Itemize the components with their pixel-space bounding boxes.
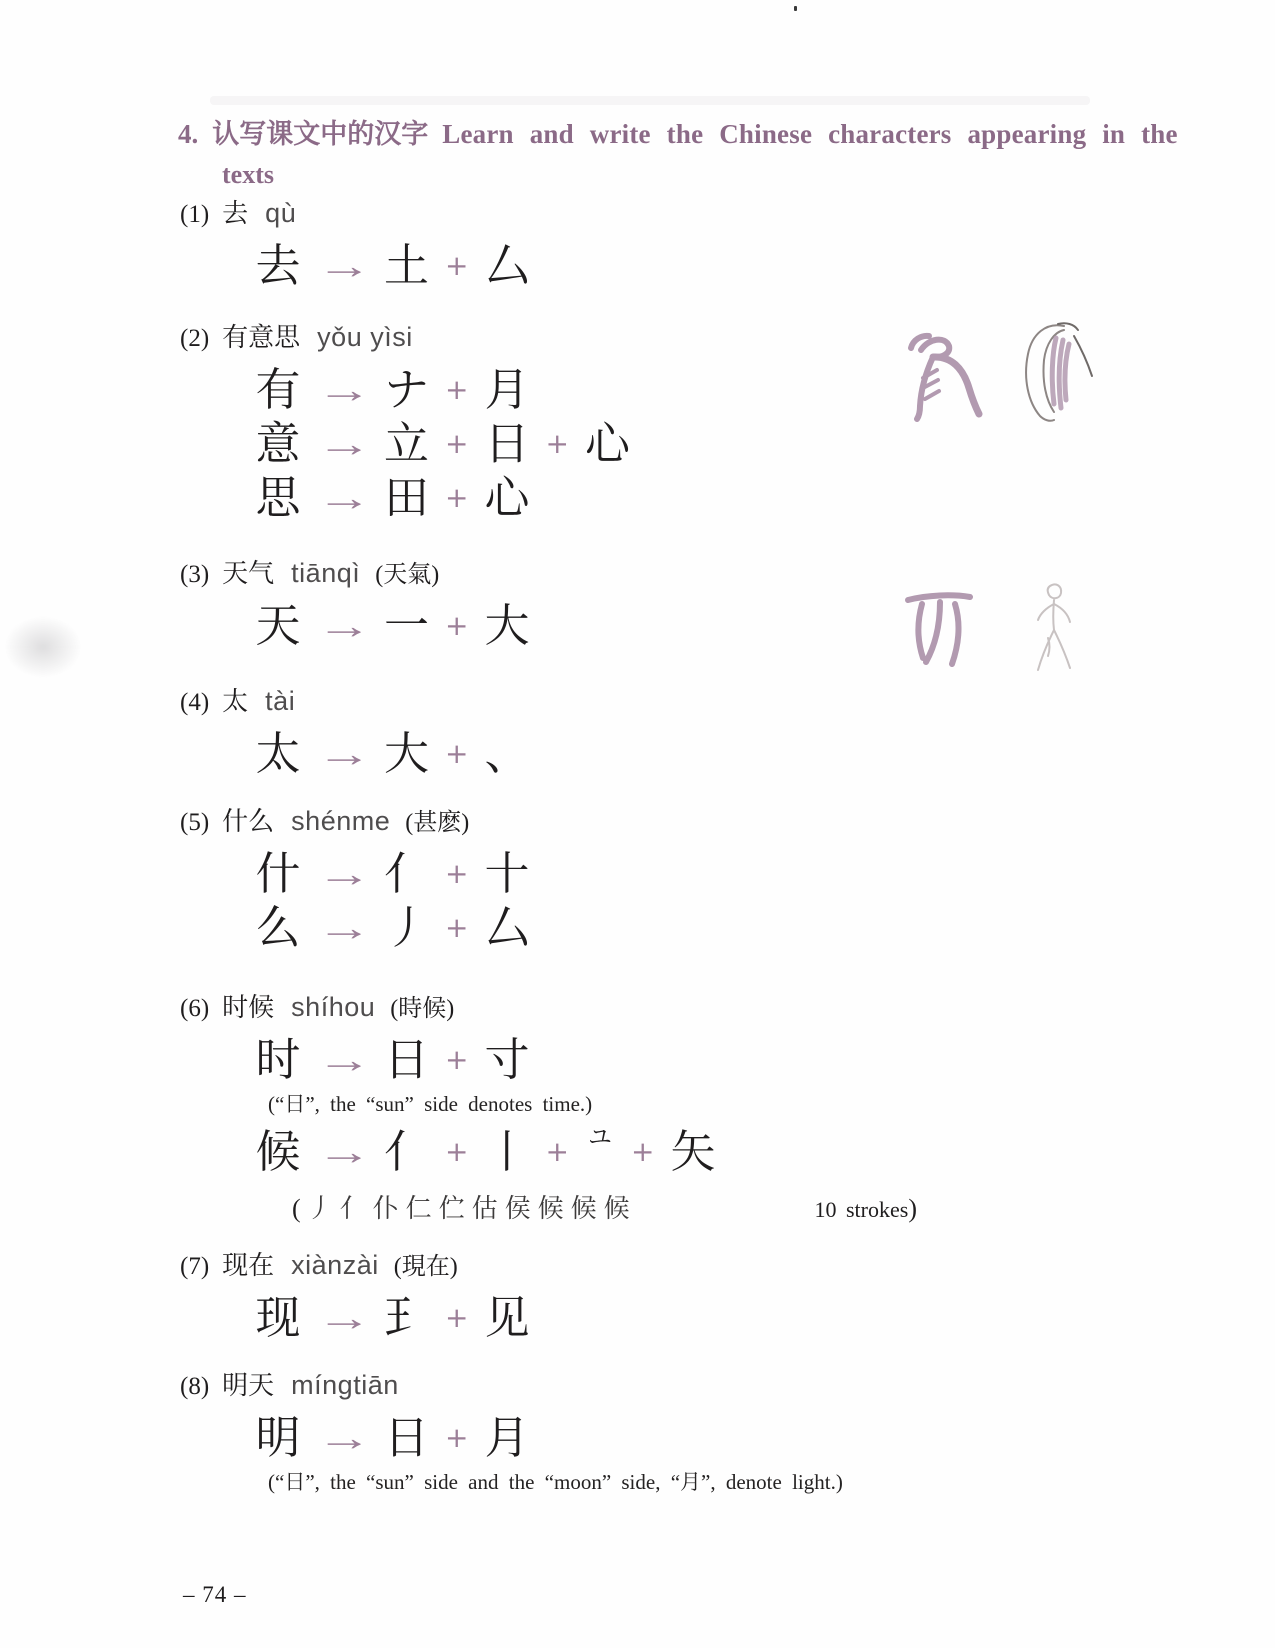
decomposed-character: 有 xyxy=(252,364,304,416)
decomposition-row: 候→亻+丨+ユ+矢 xyxy=(252,1126,960,1178)
arrow-icon: → xyxy=(316,472,372,524)
item-word: 有意思 xyxy=(222,321,300,355)
decomposition-row: 现→𤣩+见 xyxy=(252,1292,960,1344)
section-title-en: Learn and write the Chinese characters a… xyxy=(442,119,1177,150)
component-character: 𤣩 xyxy=(384,1292,429,1344)
plus-icon: + xyxy=(445,1412,468,1464)
component-character: 矢 xyxy=(670,1126,715,1178)
item-header: (4)太tài xyxy=(180,684,960,720)
item-number: (7) xyxy=(180,1250,209,1284)
component-character: ユ xyxy=(585,1112,615,1164)
decomposition-row: 天→一+大 xyxy=(252,600,960,652)
plus-icon: + xyxy=(445,600,468,652)
stroke-order-line: (丿亻仆仁伫估侯候候候10 strokes) xyxy=(292,1188,917,1225)
decomposition-row: 么→丿+厶 xyxy=(252,902,960,954)
decomposition-row: 去→土+厶 xyxy=(252,240,960,292)
arrow-icon: → xyxy=(316,1126,372,1178)
item-traditional: (時候) xyxy=(390,992,454,1026)
decomposed-character: 现 xyxy=(252,1292,304,1344)
decomposed-character: 思 xyxy=(252,472,304,524)
plus-icon: + xyxy=(445,902,468,954)
stroke-count: 10 strokes xyxy=(815,1197,909,1223)
plus-icon: + xyxy=(445,1126,468,1178)
vocab-item-6: (6)时候shíhou(時候)时→日+寸(“日”, the “sun” side… xyxy=(180,990,960,1225)
component-character: 心 xyxy=(484,472,529,524)
component-character: 月 xyxy=(484,1412,529,1464)
arrow-icon: → xyxy=(316,728,372,780)
item-number: (6) xyxy=(180,992,209,1026)
decomposition-row: 什→亻+十 xyxy=(252,848,960,900)
open-paren: ( xyxy=(292,1194,301,1224)
item-word: 什么 xyxy=(222,805,274,839)
component-character: 田 xyxy=(384,472,429,524)
item-number: (2) xyxy=(180,322,209,356)
decomposition-row: 意→立+日+心 xyxy=(252,418,960,470)
component-character: 厶 xyxy=(484,902,529,954)
arrow-icon: → xyxy=(316,364,372,416)
arrow-icon: → xyxy=(316,902,372,954)
decomposition-row: 太→大+、 xyxy=(252,728,960,780)
plus-icon: + xyxy=(546,1126,569,1178)
section-number: 4. xyxy=(178,119,198,150)
section-title-en-cont: texts xyxy=(222,160,274,190)
item-number: (1) xyxy=(180,198,209,232)
plus-icon: + xyxy=(546,418,569,470)
component-character: 寸 xyxy=(484,1034,529,1086)
ancient-sketch-person-icon xyxy=(1026,578,1084,683)
item-word: 现在 xyxy=(222,1249,274,1283)
item-header: (6)时候shíhou(時候) xyxy=(180,990,960,1026)
decomposed-character: 候 xyxy=(252,1126,304,1178)
decomposition-row: 时→日+寸 xyxy=(252,1034,960,1086)
vocab-item-4: (4)太tài太→大+、 xyxy=(180,684,960,780)
item-word: 明天 xyxy=(222,1369,274,1403)
item-word: 去 xyxy=(222,197,248,231)
item-pinyin: tài xyxy=(265,684,295,718)
vocab-item-7: (7)现在xiànzài(現在)现→𤣩+见 xyxy=(180,1248,960,1344)
item-number: (4) xyxy=(180,686,209,720)
plus-icon: + xyxy=(445,472,468,524)
component-character: 见 xyxy=(484,1292,529,1344)
item-pinyin: tiānqì xyxy=(291,556,360,590)
scan-streak xyxy=(210,96,1090,105)
item-word: 天气 xyxy=(222,557,274,591)
plus-icon: + xyxy=(445,364,468,416)
vocab-item-8: (8)明天míngtiān明→日+月(“日”, the “sun” side a… xyxy=(180,1368,960,1496)
arrow-icon: → xyxy=(316,240,372,292)
decomposed-character: 么 xyxy=(252,902,304,954)
item-header: (2)有意思yǒu yìsi xyxy=(180,320,960,356)
close-paren: ) xyxy=(908,1194,917,1224)
section-title-zh: 认写课文中的汉字 xyxy=(212,112,428,151)
decomposed-character: 太 xyxy=(252,728,304,780)
component-character: 立 xyxy=(384,418,429,470)
plus-icon: + xyxy=(445,418,468,470)
component-note: (“日”, the “sun” side and the “moon” side… xyxy=(268,1468,960,1496)
component-character: 、 xyxy=(484,728,529,780)
plus-icon: + xyxy=(445,240,468,292)
decomposed-character: 时 xyxy=(252,1034,304,1086)
decomposed-character: 什 xyxy=(252,848,304,900)
decomposed-character: 去 xyxy=(252,240,304,292)
item-header: (1)去qù xyxy=(180,196,960,232)
vocab-item-5: (5)什么shénme(甚麽)什→亻+十么→丿+厶 xyxy=(180,804,960,954)
vocab-item-2: (2)有意思yǒu yìsi有→ナ+月意→立+日+心思→田+心 xyxy=(180,320,960,524)
plus-icon: + xyxy=(445,728,468,780)
arrow-icon: → xyxy=(316,1292,372,1344)
item-pinyin: míngtiān xyxy=(291,1368,399,1402)
component-character: 一 xyxy=(384,600,429,652)
item-word: 太 xyxy=(222,685,248,719)
item-word: 时候 xyxy=(222,991,274,1025)
arrow-icon: → xyxy=(316,848,372,900)
item-number: (8) xyxy=(180,1370,209,1404)
vocab-item-1: (1)去qù去→土+厶 xyxy=(180,196,960,292)
item-header: (8)明天míngtiān xyxy=(180,1368,960,1404)
item-traditional: (天氣) xyxy=(375,558,439,592)
decomposed-character: 明 xyxy=(252,1412,304,1464)
arrow-icon: → xyxy=(316,418,372,470)
component-character: ナ xyxy=(384,364,429,416)
decomposition-row: 思→田+心 xyxy=(252,472,960,524)
plus-icon: + xyxy=(631,1126,654,1178)
ancient-script-you-form-1-icon xyxy=(893,326,993,426)
component-character: 亻 xyxy=(384,1126,429,1178)
item-header: (7)现在xiànzài(現在) xyxy=(180,1248,960,1284)
item-pinyin: qù xyxy=(265,196,296,230)
item-traditional: (現在) xyxy=(394,1250,458,1284)
item-traditional: (甚麽) xyxy=(405,806,469,840)
component-character: 土 xyxy=(384,240,429,292)
component-character: 日 xyxy=(384,1034,429,1086)
arrow-icon: → xyxy=(316,600,372,652)
plus-icon: + xyxy=(445,1034,468,1086)
page-number: – 74 – xyxy=(183,1582,247,1608)
component-character: 日 xyxy=(484,418,529,470)
stroke-order-sequence: 丿亻仆仁伫估侯候候候 xyxy=(307,1188,637,1225)
scan-speck xyxy=(794,6,797,11)
component-character: 厶 xyxy=(484,240,529,292)
scan-smudge xyxy=(4,616,82,678)
item-pinyin: yǒu yìsi xyxy=(317,320,413,354)
item-number: (3) xyxy=(180,558,209,592)
item-pinyin: shíhou xyxy=(291,990,375,1024)
component-character: 心 xyxy=(585,418,630,470)
plus-icon: + xyxy=(445,848,468,900)
arrow-icon: → xyxy=(316,1412,372,1464)
component-character: 丿 xyxy=(384,902,429,954)
ancient-script-you-form-2-icon xyxy=(1008,320,1096,425)
item-number: (5) xyxy=(180,806,209,840)
component-character: 丨 xyxy=(484,1126,529,1178)
section-title: 4. 认写课文中的汉字 Learn and write the Chinese … xyxy=(178,112,1178,151)
plus-icon: + xyxy=(445,1292,468,1344)
item-header: (5)什么shénme(甚麽) xyxy=(180,804,960,840)
component-character: 亻 xyxy=(384,848,429,900)
component-character: 大 xyxy=(384,728,429,780)
decomposed-character: 天 xyxy=(252,600,304,652)
arrow-icon: → xyxy=(316,1034,372,1086)
item-pinyin: shénme xyxy=(291,804,390,838)
decomposition-row: 明→日+月 xyxy=(252,1412,960,1464)
component-character: 大 xyxy=(484,600,529,652)
component-character: 十 xyxy=(484,848,529,900)
vocab-item-3: (3)天气tiānqì(天氣)天→一+大 xyxy=(180,556,960,652)
decomposition-row: 有→ナ+月 xyxy=(252,364,960,416)
ancient-script-tian-form-icon xyxy=(900,580,978,675)
textbook-page: 4. 认写课文中的汉字 Learn and write the Chinese … xyxy=(0,0,1275,1648)
item-header: (3)天气tiānqì(天氣) xyxy=(180,556,960,592)
item-pinyin: xiànzài xyxy=(291,1248,379,1282)
decomposed-character: 意 xyxy=(252,418,304,470)
component-character: 月 xyxy=(484,364,529,416)
component-character: 日 xyxy=(384,1412,429,1464)
